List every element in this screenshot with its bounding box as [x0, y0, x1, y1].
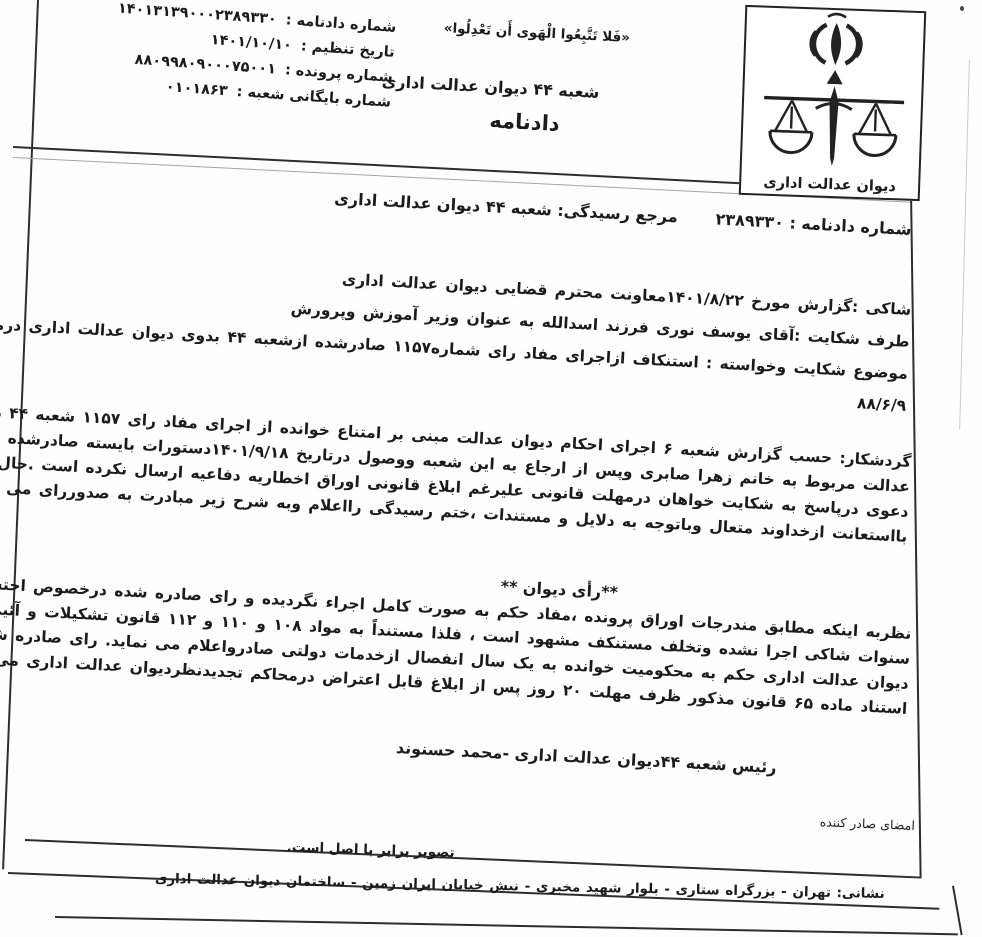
emblem-caption: دیوان عدالت اداری [741, 174, 918, 196]
verdict-heading: **رأی دیوان ** [500, 577, 618, 602]
footer-band-right-edge [952, 886, 962, 936]
presiding-judge-line: رئیس شعبه ۴۴دیوان عدالت اداری -محمد حسنو… [395, 738, 777, 777]
footer-band-bottom-line [55, 916, 958, 935]
parties-block: شاکی :گزارش مورخ ۱۴۰۱/۸/۲۲معاونت محترم ق… [0, 243, 912, 422]
scan-speck [960, 6, 964, 11]
scales-of-justice-icon [762, 68, 905, 169]
court-address-line: نشانی: تهران - بزرگراه ستاری - بلوار شهی… [155, 871, 885, 902]
archive-number-value: ۰۱۰۱۸۶۳ [165, 79, 228, 99]
judiciary-emblem-icon [746, 7, 924, 171]
branch-header: شعبه ۴۴ دیوان عدالت اداری [381, 72, 600, 102]
judgment-number-label: شماره دادنامه : [285, 12, 397, 36]
verdict-block: نظربه اینکه مطابق مندرجات اوراق پرونده ،… [0, 568, 912, 722]
quranic-verse: «فَلا تَتَّبِعُوا الْهَوی أَن تَعْدِلُوا… [443, 20, 630, 46]
issuer-signature-note: امضای صادر کننده [819, 814, 915, 833]
issue-date-value: ۱۴۰۱/۱۰/۱۰ [210, 32, 292, 54]
case-number-value: ۸۸۰۹۹۸۰۹۰۰۰۷۵۰۰۱ [134, 52, 276, 78]
certified-copy-note: تصویر برابر با اصل است. [287, 839, 455, 861]
paper-edge-shadow [959, 60, 970, 430]
reviewing-authority: مرجع رسیدگی: شعبه ۴۴ دیوان عدالت اداری [334, 189, 678, 227]
judiciary-logo-box: دیوان عدالت اداری [739, 5, 927, 201]
issue-date-label: تاریخ تنظیم : [300, 38, 395, 61]
document-title: دادنامه [489, 108, 560, 136]
proceedings-block: گردشکار: حسب گزارش شعبه ۶ اجرای احکام دی… [0, 396, 912, 549]
case-judgment-number: شماره دادنامه : ۲۳۸۹۳۳۰ [715, 209, 912, 239]
case-number-label: شماره پرونده : [284, 62, 393, 86]
letterhead-numbers-block: شماره دادنامه : ۱۴۰۱۳۱۳۹۰۰۰۲۳۸۹۳۳۰ تاریخ… [108, 0, 397, 116]
allah-emblem-icon [811, 13, 862, 66]
scanned-judgment-page: { "document": { "type_label": "دادنامه",… [0, 0, 982, 937]
judgment-scan: شماره دادنامه : ۱۴۰۱۳۱۳۹۰۰۰۲۳۸۹۳۳۰ تاریخ… [0, 0, 982, 937]
